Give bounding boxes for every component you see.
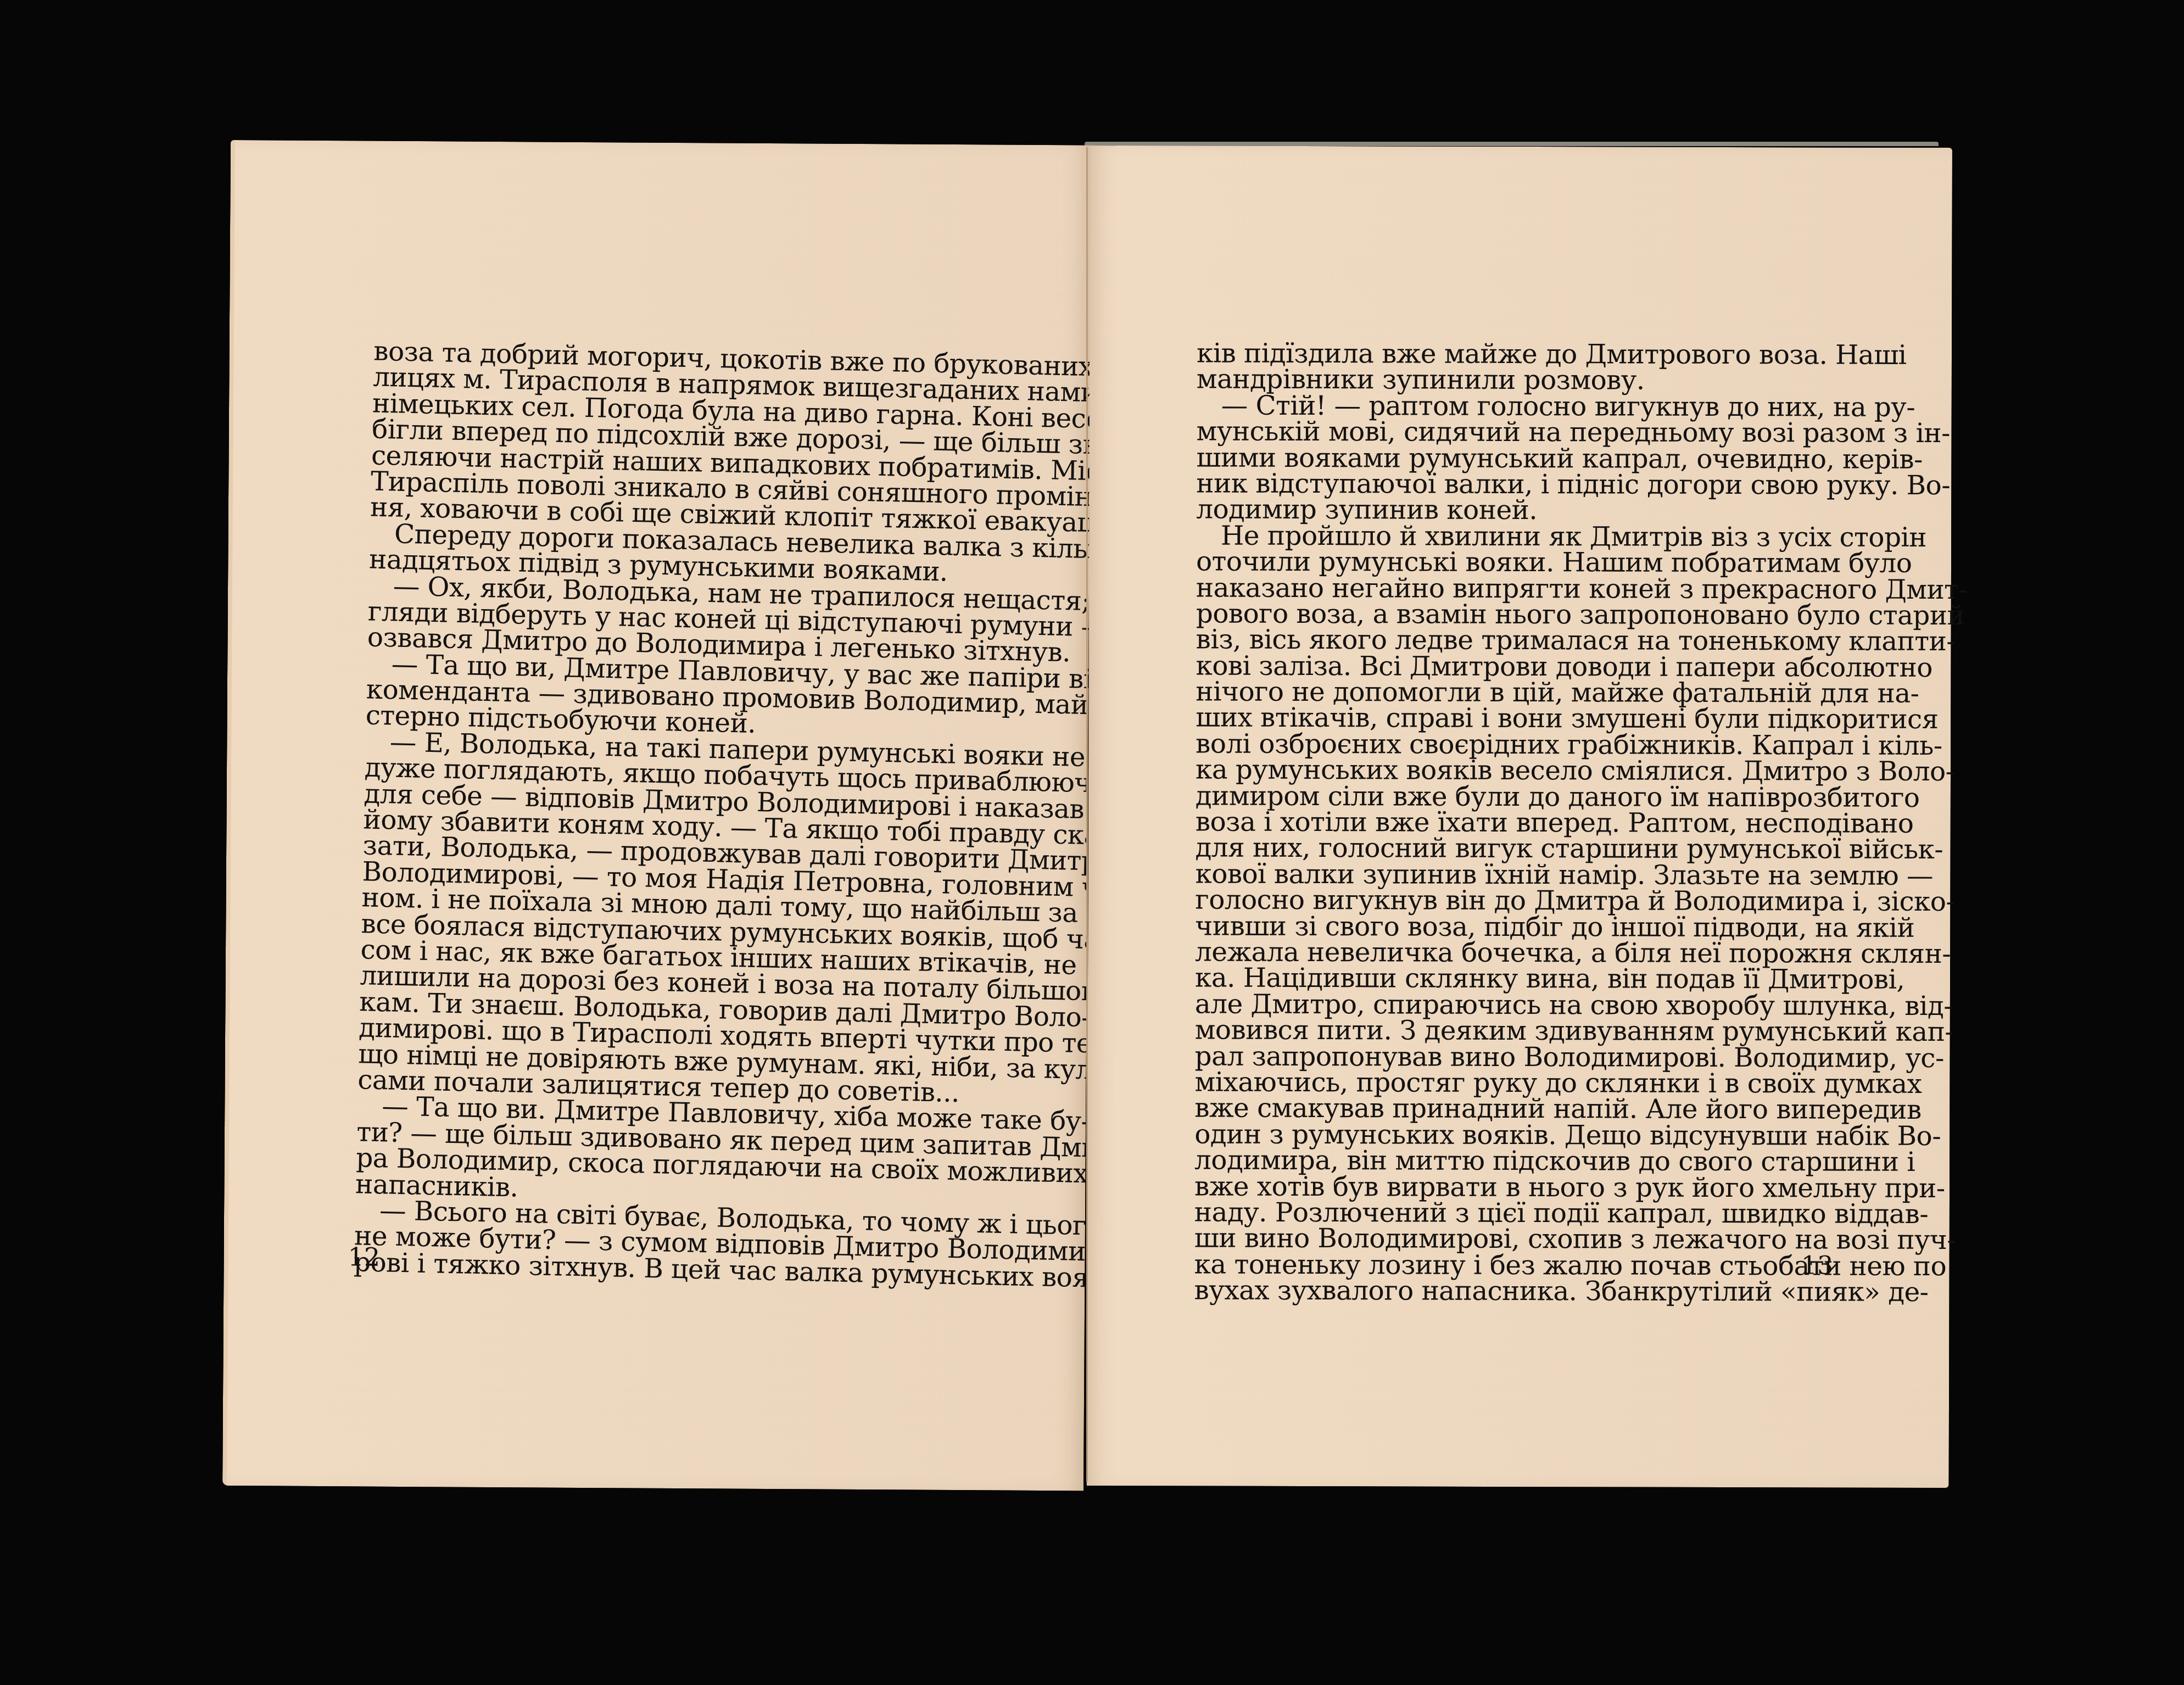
right-page: ків підїздила вже майже до Дмитрового во… [1087, 146, 1952, 1488]
text-line: вухах зухвалого напасника. Збанкрутілий … [1194, 1278, 1814, 1305]
open-book: воза та добрий могорич, цокотів вже по б… [0, 0, 2184, 1685]
right-page-text: ків підїздила вже майже до Дмитрового во… [1194, 341, 1817, 1305]
book-gutter [1086, 147, 1088, 1482]
left-page: воза та добрий могорич, цокотів вже по б… [222, 140, 1092, 1491]
left-page-text: воза та добрий могорич, цокотів вже по б… [354, 339, 992, 1289]
page-number-left: 12 [348, 1242, 380, 1271]
page-number-right: 13 [1801, 1250, 1834, 1280]
scan-background: воза та добрий могорич, цокотів вже по б… [0, 0, 2184, 1685]
